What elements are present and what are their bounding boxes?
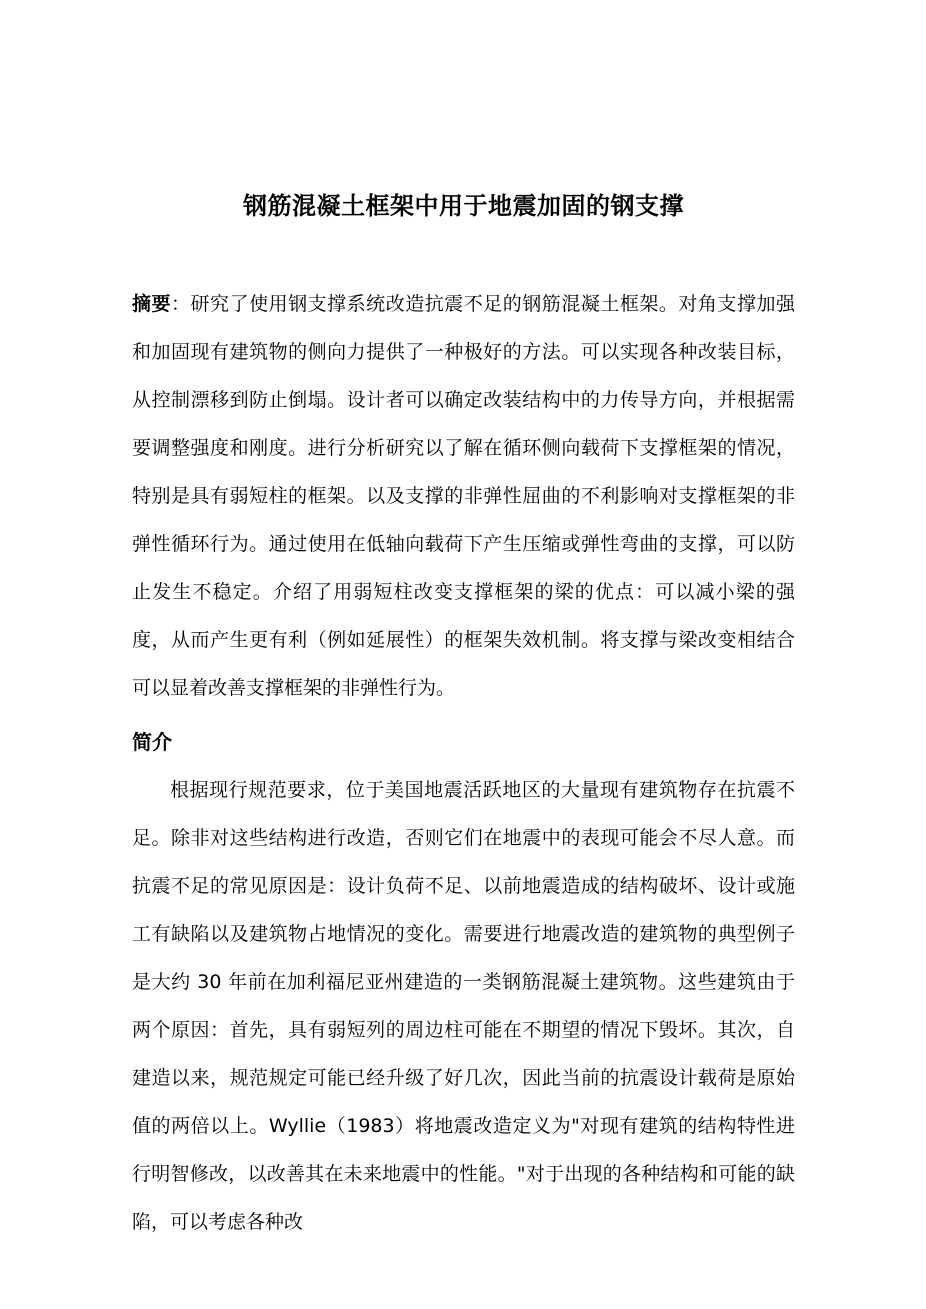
document-title: 钢筋混凝土框架中用于地震加固的钢支撑 bbox=[132, 190, 795, 222]
intro-paragraph: 根据现行规范要求，位于美国地震活跃地区的大量现有建筑物存在抗震不足。除非对这些结… bbox=[132, 766, 795, 1246]
abstract-label: 摘要 bbox=[132, 293, 171, 315]
document-page: 钢筋混凝土框架中用于地震加固的钢支撑 摘要：研究了使用钢支撑系统改造抗震不足的钢… bbox=[0, 0, 926, 1309]
abstract-text: ：研究了使用钢支撑系统改造抗震不足的钢筋混凝土框架。对角支撑加强和加固现有建筑物… bbox=[132, 293, 795, 699]
section-heading-intro: 简介 bbox=[132, 718, 795, 766]
abstract-paragraph: 摘要：研究了使用钢支撑系统改造抗震不足的钢筋混凝土框架。对角支撑加强和加固现有建… bbox=[132, 280, 795, 712]
